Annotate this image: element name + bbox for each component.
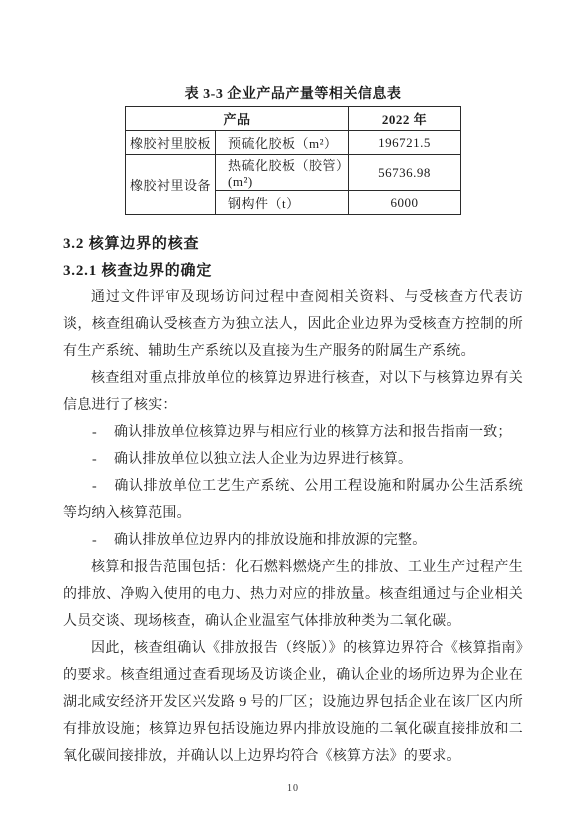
cell-value: 6000 (349, 191, 461, 215)
bullet-item: -确认排放单位以独立法人企业为边界进行核算。 (63, 446, 523, 473)
paragraph-conclusion: 因此，核查组确认《排放报告（终版）》的核算边界符合《核算指南》的要求。核查组通过… (63, 635, 523, 770)
cell-item: 钢构件（t） (216, 191, 349, 215)
column-header-product: 产品 (126, 107, 349, 131)
bullet-dash: - (92, 446, 114, 473)
paragraph-boundary-intro: 通过文件评审及现场访问过程中查阅相关资料、与受核查方代表访谈，核查组确认受核查方… (63, 284, 523, 365)
paragraph-verification-items: 核查组对重点排放单位的核算边界进行核查，对以下与核算边界有关信息进行了核实： (63, 365, 523, 419)
bullet-dash: - (92, 473, 114, 500)
cell-value: 56736.98 (349, 155, 461, 191)
bullet-item: -确认排放单位核算边界与相应行业的核算方法和报告指南一致； (63, 419, 523, 446)
cell-group: 橡胶衬里胶板 (126, 131, 216, 155)
bullet-text: 确认排放单位核算边界与相应行业的核算方法和报告指南一致； (114, 425, 512, 440)
table-row: 橡胶衬里胶板 预硫化胶板（m²） 196721.5 (126, 131, 461, 155)
bullet-item: -确认排放单位工艺生产系统、公用工程设施和附属办公生活系统等均纳入核算范围。 (63, 473, 523, 527)
section-heading-3-2-1: 3.2.1 核查边界的确定 (63, 261, 523, 281)
cell-item: 热硫化胶板（胶管）(m²) (216, 155, 349, 191)
cell-item: 预硫化胶板（m²） (216, 131, 349, 155)
cell-group: 橡胶衬里设备 (126, 155, 216, 215)
bullet-text: 确认排放单位以独立法人企业为边界进行核算。 (114, 452, 412, 467)
bullet-text: 确认排放单位边界内的排放设施和排放源的完整。 (114, 533, 426, 548)
document-page: 表 3-3 企业产品产量等相关信息表 产品 2022 年 橡胶衬里胶板 预硫化胶… (0, 0, 586, 815)
bullet-dash: - (92, 419, 114, 446)
table-caption: 表 3-3 企业产品产量等相关信息表 (63, 0, 523, 103)
section-heading-3-2: 3.2 核算边界的核查 (63, 234, 523, 254)
page-number: 10 (0, 783, 586, 794)
table-row: 橡胶衬里设备 热硫化胶板（胶管）(m²) 56736.98 (126, 155, 461, 191)
table-header-row: 产品 2022 年 (126, 107, 461, 131)
cell-value: 196721.5 (349, 131, 461, 155)
bullet-dash: - (92, 527, 114, 554)
bullet-text: 确认排放单位工艺生产系统、公用工程设施和附属办公生活系统等均纳入核算范围。 (63, 479, 523, 521)
bullet-item: -确认排放单位边界内的排放设施和排放源的完整。 (63, 527, 523, 554)
column-header-year: 2022 年 (349, 107, 461, 131)
page-content: 表 3-3 企业产品产量等相关信息表 产品 2022 年 橡胶衬里胶板 预硫化胶… (0, 0, 586, 770)
product-output-table: 产品 2022 年 橡胶衬里胶板 预硫化胶板（m²） 196721.5 橡胶衬里… (125, 106, 461, 215)
paragraph-scope: 核算和报告范围包括：化石燃料燃烧产生的排放、工业生产过程产生的排放、净购入使用的… (63, 554, 523, 635)
